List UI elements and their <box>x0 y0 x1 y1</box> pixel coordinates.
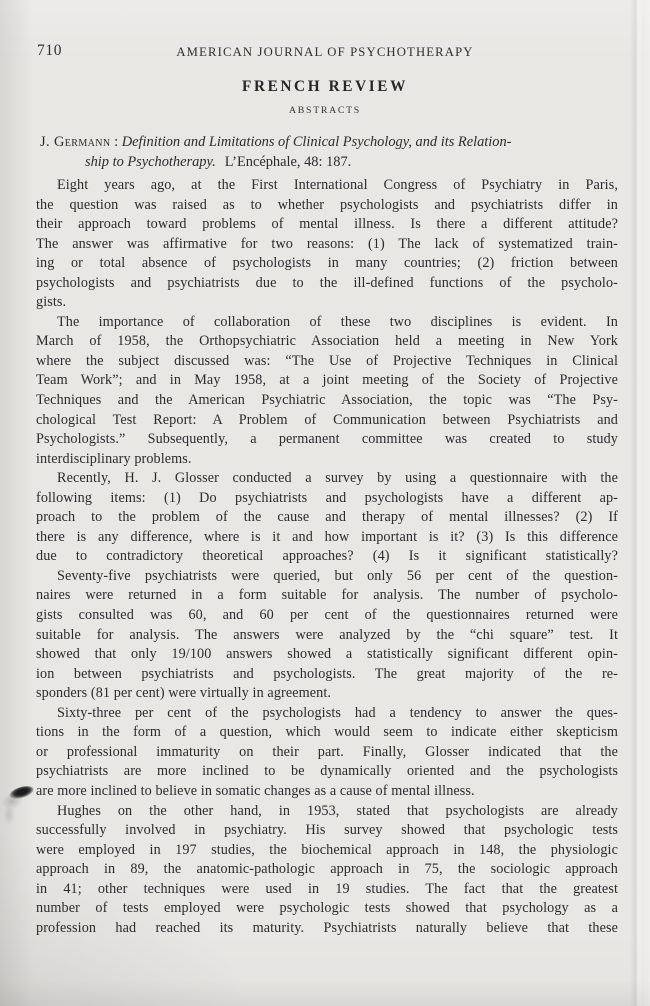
text-line: gists. <box>36 293 618 313</box>
text-line: approach in 89, the anatomic-pathologic … <box>36 860 618 880</box>
text-line: ing or total absence of psychologists in… <box>36 254 618 274</box>
text-line: The importance of collaboration of these… <box>36 313 618 333</box>
text-line: March of 1958, the Orthopsychiatric Asso… <box>36 332 618 352</box>
text-line: Eight years ago, at the First Internatio… <box>36 176 618 196</box>
citation-line-1: J. Germann : Definition and Limitations … <box>40 132 616 152</box>
citation-source: L’Encéphale, 48: 187. <box>225 154 352 170</box>
text-line: ion between psychiatrists and psychologi… <box>36 665 618 685</box>
text-line: sponders (81 per cent) were virtually in… <box>36 684 618 704</box>
journal-page: 710 AMERICAN JOURNAL OF PSYCHOTHERAPY FR… <box>0 0 650 1006</box>
text-line: Hughes on the other hand, in 1953, state… <box>36 802 618 822</box>
text-line: profession had reached its maturity. Psy… <box>36 919 618 939</box>
text-line: psychiatrists are more inclined to be dy… <box>36 762 618 782</box>
citation-separator: : <box>111 134 122 150</box>
text-line: interdisciplinary problems. <box>36 450 618 470</box>
section-title: FRENCH REVIEW <box>0 78 650 96</box>
text-line: their approach toward problems of mental… <box>36 215 618 235</box>
text-line: The answer was affirmative for two reaso… <box>36 235 618 255</box>
page-crease <box>630 0 642 1006</box>
section-subtitle: ABSTRACTS <box>0 105 650 116</box>
text-line: in 41; other techniques were used in 19 … <box>36 880 618 900</box>
text-line: there is any difference, where is it and… <box>36 528 618 548</box>
text-line: tions in the form of a question, which w… <box>36 723 618 743</box>
running-head: AMERICAN JOURNAL OF PSYCHOTHERAPY <box>0 45 650 60</box>
citation-line-2: ship to Psychotherapy.L’Encéphale, 48: 1… <box>40 152 616 172</box>
body-text: Eight years ago, at the First Internatio… <box>36 176 618 938</box>
text-line: Sixty-three per cent of the psychologist… <box>36 704 618 724</box>
text-line: suitable for analysis. The answers were … <box>36 626 618 646</box>
text-line: successfully involved in psychiatry. His… <box>36 821 618 841</box>
text-line: showed that only 19/100 answers showed a… <box>36 645 618 665</box>
text-line: Psychologists.” Subsequently, a permanen… <box>36 430 618 450</box>
text-line: were employed in 197 studies, the bioche… <box>36 841 618 861</box>
text-line: naires were returned in a form suitable … <box>36 586 618 606</box>
text-line: chological Test Report: A Problem of Com… <box>36 411 618 431</box>
citation-author: J. Germann <box>40 134 111 150</box>
text-line: where the subject discussed was: “The Us… <box>36 352 618 372</box>
citation-title-line2: ship to Psychotherapy. <box>85 154 216 170</box>
text-line: or professional immaturity on their part… <box>36 743 618 763</box>
text-line: are more inclined to believe in somatic … <box>36 782 618 802</box>
text-line: Recently, H. J. Glosser conducted a surv… <box>36 469 618 489</box>
text-line: due to contradictory theoretical approac… <box>36 547 618 567</box>
text-line: psychologists and psychiatrists due to t… <box>36 274 618 294</box>
citation: J. Germann : Definition and Limitations … <box>40 132 616 172</box>
text-line: Techniques and the American Psychiatric … <box>36 391 618 411</box>
text-line: Team Work”; and in May 1958, at a joint … <box>36 371 618 391</box>
text-line: following items: (1) Do psychiatrists an… <box>36 489 618 509</box>
text-line: number of tests employed were psychologi… <box>36 899 618 919</box>
text-line: proach to the problem of the cause and t… <box>36 508 618 528</box>
citation-title-line1: Definition and Limitations of Clinical P… <box>122 134 512 150</box>
text-line: gists consulted was 60, and 60 per cent … <box>36 606 618 626</box>
text-line: the question was raised as to whether ps… <box>36 196 618 216</box>
text-line: Seventy-five psychiatrists were queried,… <box>36 567 618 587</box>
ink-smudge-artifact <box>8 784 35 802</box>
